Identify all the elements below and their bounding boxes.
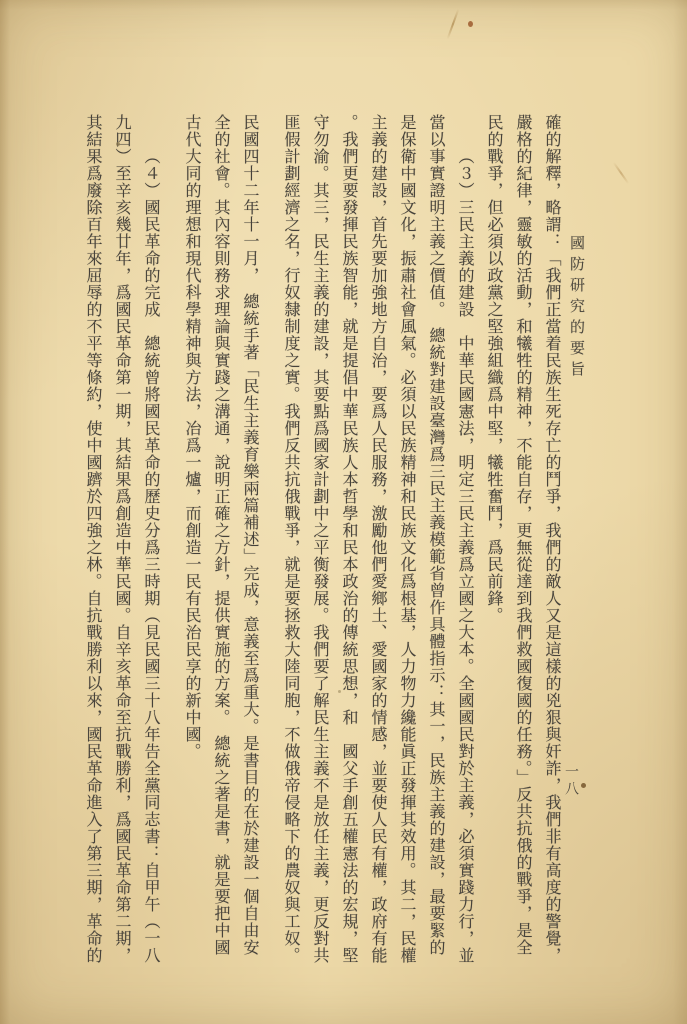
text-column: 其結果爲廢除百年來屈辱的不平等條約，使中國躋於四強之林。自抗戰勝利以來，國民革命… — [84, 114, 101, 974]
text-column: 是保衛中國文化，振肅社會風氣。必須以民族精神和民族文化爲根基，人力物力纔能眞正發… — [398, 114, 415, 974]
text-column: 古代大同的理想和現代科學精神與方法，冶爲一爐，而創造一民有民治民享的新中國。 — [183, 114, 200, 974]
text-column: 民的戰爭，但必須以政黨之堅強組織爲中堅，犧牲奮鬥，爲民前鋒。 — [485, 114, 502, 974]
text-column-section-3-start: （３）三民主義的建設 中華民國憲法，明定三民主義爲立國之大本。全國國民對於主義，… — [456, 114, 473, 974]
paper-speck — [116, 142, 120, 146]
text-column: 當以事實證明主義之價值。 總統對建設臺灣爲三民主義模範省曾作具體指示：其一，民族… — [427, 114, 444, 974]
text-column: 守勿渝。其三，民生主義的建設，其要點爲國家計劃中之平衡發展。我們要了解民生主義不… — [311, 114, 328, 974]
text-column-section-4-start: （４）國民革命的完成 總統曾將國民革命的歷史分爲三時期（見民國三十八年告全黨同志… — [142, 114, 159, 974]
paper-speck — [581, 783, 586, 788]
text-column: 民國四十二年十一月， 總統手著「民生主義育樂兩篇補述」完成，意義至爲重大。是書目… — [241, 114, 258, 974]
text-column: 主義的建設，首先要加強地方自治，要爲人民服務，激勵他們愛鄉土、愛國家的情感，並要… — [369, 114, 386, 974]
paper-fiber — [447, 9, 460, 40]
text-column: 匪假計劃經濟之名，行奴隸制度之實。我們反共抗俄戰爭，就是要拯救大陸同胞，不做俄帝… — [282, 114, 299, 974]
paper-fiber — [613, 162, 630, 184]
text-column: 確的解釋，略謂：「我們正當着民族生死存亡的鬥爭，我們的敵人又是這樣的兇狠與奸詐，… — [543, 114, 560, 974]
text-column: 九四）至辛亥幾廿年，爲國民革命第一期，其結果爲創造中華民國。自辛亥革命至抗戰勝利… — [113, 114, 130, 974]
text-column: 。我們更要發揮民族智能，就是提倡中華民族人本哲學和民本政治的傳統思想，和 國父手… — [340, 114, 357, 974]
text-column: 全的社會。其內容則務求理論與實踐之溝通，說明正確之方針，提供實施的方案。 總統之… — [212, 114, 229, 974]
text-block: 確的解釋，略謂：「我們正當着民族生死存亡的鬥爭，我們的敵人又是這樣的兇狠與奸詐，… — [68, 114, 560, 982]
scanned-book-page: 國防研究的要旨 一八 確的解釋，略謂：「我們正當着民族生死存亡的鬥爭，我們的敵人… — [0, 0, 687, 1024]
paper-speck — [468, 21, 473, 27]
margin-title: 國防研究的要旨 — [566, 235, 587, 382]
page-number: 一八 — [560, 764, 580, 798]
paper-speck — [338, 690, 341, 693]
text-column: 嚴格的紀律，靈敏的活動，和犧牲的精神，不能自存，更無從達到我們救國復國的任務。」… — [514, 114, 531, 974]
